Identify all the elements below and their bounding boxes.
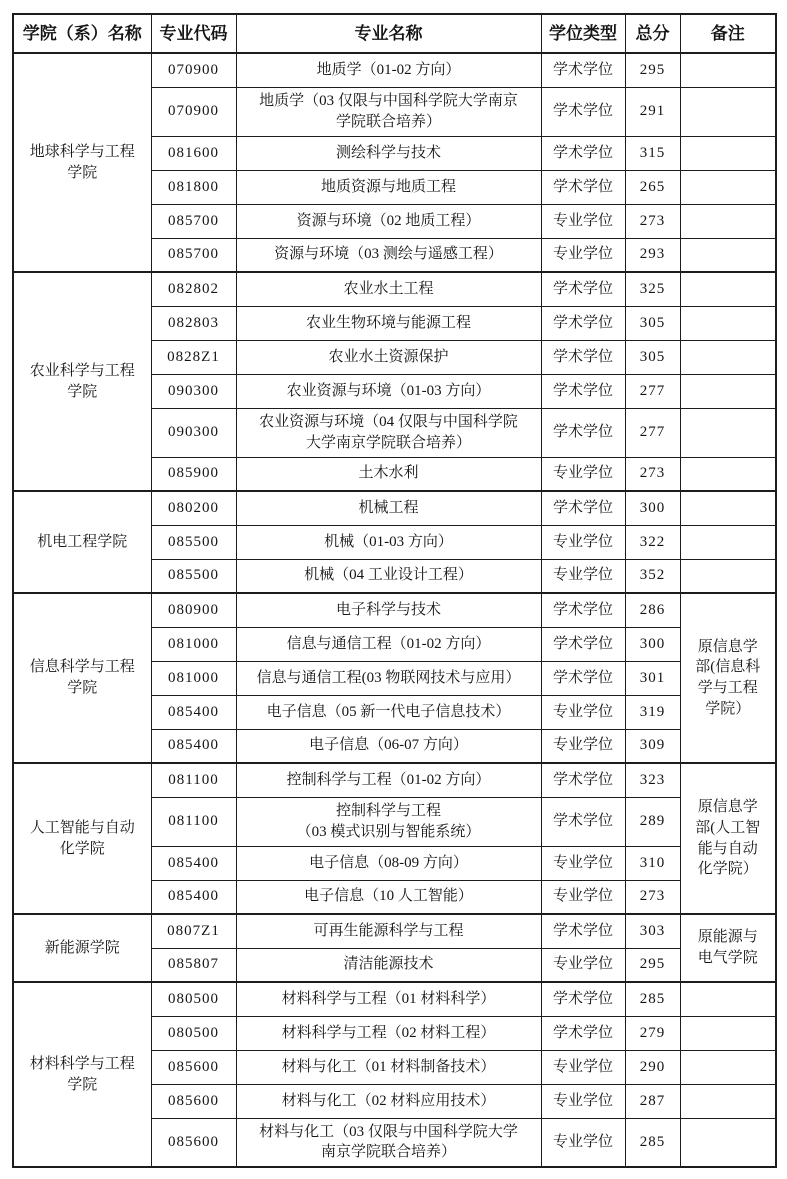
major-name-cell: 信息与通信工程(03 物联网技术与应用） [236, 661, 541, 695]
degree-type-cell: 专业学位 [541, 238, 625, 272]
remark-cell [680, 457, 776, 491]
major-name-cell: 材料科学与工程（02 材料工程） [236, 1016, 541, 1050]
total-score-cell: 295 [625, 948, 680, 982]
degree-type-cell: 学术学位 [541, 1016, 625, 1050]
degree-type-cell: 专业学位 [541, 880, 625, 914]
page: 学院（系）名称 专业代码 专业名称 学位类型 总分 备注 地球科学与工程 学院0… [0, 0, 787, 1179]
major-code-cell: 082802 [151, 272, 236, 306]
major-name-cell: 机械（01-03 方向） [236, 525, 541, 559]
degree-type-cell: 专业学位 [541, 695, 625, 729]
total-score-cell: 301 [625, 661, 680, 695]
major-name-cell: 机械工程 [236, 491, 541, 525]
major-code-cell: 070900 [151, 53, 236, 87]
major-code-cell: 085600 [151, 1050, 236, 1084]
degree-type-cell: 学术学位 [541, 53, 625, 87]
total-score-cell: 323 [625, 763, 680, 797]
degree-type-cell: 学术学位 [541, 272, 625, 306]
remark-cell [680, 1016, 776, 1050]
total-score-cell: 291 [625, 87, 680, 136]
total-score-cell: 309 [625, 729, 680, 763]
major-code-cell: 085700 [151, 204, 236, 238]
degree-type-cell: 学术学位 [541, 763, 625, 797]
major-name-cell: 电子信息（10 人工智能） [236, 880, 541, 914]
major-name-cell: 农业生物环境与能源工程 [236, 306, 541, 340]
degree-type-cell: 专业学位 [541, 1050, 625, 1084]
remark-cell [680, 374, 776, 408]
header-college-name: 学院（系）名称 [13, 14, 151, 53]
major-name-cell: 土木水利 [236, 457, 541, 491]
total-score-cell: 273 [625, 880, 680, 914]
degree-type-cell: 学术学位 [541, 982, 625, 1016]
header-degree-type: 学位类型 [541, 14, 625, 53]
table-body: 地球科学与工程 学院070900地质学（01-02 方向）学术学位2950709… [13, 53, 776, 1167]
table-row: 农业科学与工程 学院082802农业水土工程学术学位325 [13, 272, 776, 306]
table-row: 材料科学与工程 学院080500材料科学与工程（01 材料科学）学术学位285 [13, 982, 776, 1016]
remark-cell: 原信息学 部(人工智 能与自动 化学院） [680, 763, 776, 914]
remark-cell: 原信息学 部(信息科 学与工程 学院） [680, 593, 776, 763]
major-code-cell: 070900 [151, 87, 236, 136]
college-name-cell: 人工智能与自动 化学院 [13, 763, 151, 914]
total-score-cell: 310 [625, 846, 680, 880]
major-code-cell: 080500 [151, 982, 236, 1016]
remark-cell [680, 204, 776, 238]
major-code-cell: 090300 [151, 408, 236, 457]
remark-cell [680, 408, 776, 457]
major-name-cell: 地质学（03 仅限与中国科学院大学南京 学院联合培养） [236, 87, 541, 136]
header-row: 学院（系）名称 专业代码 专业名称 学位类型 总分 备注 [13, 14, 776, 53]
total-score-cell: 322 [625, 525, 680, 559]
degree-type-cell: 专业学位 [541, 559, 625, 593]
college-name-cell: 地球科学与工程 学院 [13, 53, 151, 272]
remark-cell [680, 982, 776, 1016]
major-code-cell: 085500 [151, 525, 236, 559]
major-code-cell: 081600 [151, 136, 236, 170]
major-name-cell: 资源与环境（02 地质工程） [236, 204, 541, 238]
major-code-cell: 080200 [151, 491, 236, 525]
total-score-cell: 300 [625, 491, 680, 525]
total-score-cell: 290 [625, 1050, 680, 1084]
table-row: 信息科学与工程 学院080900电子科学与技术学术学位286原信息学 部(信息科… [13, 593, 776, 627]
major-code-cell: 085900 [151, 457, 236, 491]
total-score-cell: 285 [625, 1118, 680, 1167]
total-score-cell: 277 [625, 374, 680, 408]
header-remark: 备注 [680, 14, 776, 53]
total-score-cell: 325 [625, 272, 680, 306]
remark-cell [680, 53, 776, 87]
degree-type-cell: 专业学位 [541, 948, 625, 982]
major-code-cell: 085807 [151, 948, 236, 982]
major-name-cell: 农业资源与环境（04 仅限与中国科学院 大学南京学院联合培养） [236, 408, 541, 457]
remark-cell [680, 525, 776, 559]
degree-type-cell: 学术学位 [541, 491, 625, 525]
total-score-cell: 352 [625, 559, 680, 593]
major-name-cell: 信息与通信工程（01-02 方向） [236, 627, 541, 661]
total-score-cell: 265 [625, 170, 680, 204]
major-code-cell: 0807Z1 [151, 914, 236, 948]
major-code-cell: 085400 [151, 729, 236, 763]
remark-cell [680, 1050, 776, 1084]
major-name-cell: 资源与环境（03 测绘与遥感工程） [236, 238, 541, 272]
remark-cell [680, 238, 776, 272]
degree-type-cell: 学术学位 [541, 914, 625, 948]
degree-type-cell: 专业学位 [541, 204, 625, 238]
total-score-cell: 305 [625, 340, 680, 374]
major-code-cell: 0828Z1 [151, 340, 236, 374]
college-name-cell: 机电工程学院 [13, 491, 151, 593]
remark-cell [680, 272, 776, 306]
major-name-cell: 控制科学与工程（01-02 方向） [236, 763, 541, 797]
major-name-cell: 电子信息（05 新一代电子信息技术） [236, 695, 541, 729]
major-name-cell: 材料与化工（03 仅限与中国科学院大学 南京学院联合培养） [236, 1118, 541, 1167]
college-name-cell: 材料科学与工程 学院 [13, 982, 151, 1167]
major-name-cell: 可再生能源科学与工程 [236, 914, 541, 948]
major-code-cell: 085600 [151, 1084, 236, 1118]
major-name-cell: 清洁能源技术 [236, 948, 541, 982]
total-score-cell: 286 [625, 593, 680, 627]
degree-type-cell: 学术学位 [541, 797, 625, 846]
major-code-cell: 085400 [151, 695, 236, 729]
major-name-cell: 电子信息（06-07 方向） [236, 729, 541, 763]
degree-type-cell: 学术学位 [541, 374, 625, 408]
total-score-cell: 273 [625, 457, 680, 491]
major-name-cell: 材料科学与工程（01 材料科学） [236, 982, 541, 1016]
major-code-cell: 081800 [151, 170, 236, 204]
major-code-cell: 085500 [151, 559, 236, 593]
remark-cell [680, 306, 776, 340]
total-score-cell: 277 [625, 408, 680, 457]
total-score-cell: 315 [625, 136, 680, 170]
remark-cell [680, 170, 776, 204]
major-code-cell: 085600 [151, 1118, 236, 1167]
degree-type-cell: 学术学位 [541, 87, 625, 136]
major-name-cell: 农业资源与环境（01-03 方向） [236, 374, 541, 408]
degree-type-cell: 专业学位 [541, 525, 625, 559]
header-major-name: 专业名称 [236, 14, 541, 53]
degree-type-cell: 学术学位 [541, 627, 625, 661]
table-row: 机电工程学院080200机械工程学术学位300 [13, 491, 776, 525]
degree-type-cell: 学术学位 [541, 136, 625, 170]
remark-cell: 原能源与 电气学院 [680, 914, 776, 982]
degree-type-cell: 学术学位 [541, 306, 625, 340]
degree-type-cell: 专业学位 [541, 457, 625, 491]
header-total-score: 总分 [625, 14, 680, 53]
major-name-cell: 材料与化工（02 材料应用技术） [236, 1084, 541, 1118]
major-name-cell: 地质资源与地质工程 [236, 170, 541, 204]
header-major-code: 专业代码 [151, 14, 236, 53]
degree-type-cell: 学术学位 [541, 170, 625, 204]
remark-cell [680, 1084, 776, 1118]
college-name-cell: 信息科学与工程 学院 [13, 593, 151, 763]
major-code-cell: 080900 [151, 593, 236, 627]
degree-type-cell: 专业学位 [541, 846, 625, 880]
total-score-cell: 273 [625, 204, 680, 238]
major-code-cell: 081000 [151, 661, 236, 695]
major-name-cell: 材料与化工（01 材料制备技术） [236, 1050, 541, 1084]
remark-cell [680, 559, 776, 593]
admission-score-table: 学院（系）名称 专业代码 专业名称 学位类型 总分 备注 地球科学与工程 学院0… [12, 13, 777, 1168]
degree-type-cell: 学术学位 [541, 593, 625, 627]
remark-cell [680, 340, 776, 374]
total-score-cell: 319 [625, 695, 680, 729]
total-score-cell: 279 [625, 1016, 680, 1050]
college-name-cell: 新能源学院 [13, 914, 151, 982]
remark-cell [680, 1118, 776, 1167]
major-name-cell: 机械（04 工业设计工程） [236, 559, 541, 593]
major-code-cell: 085700 [151, 238, 236, 272]
total-score-cell: 295 [625, 53, 680, 87]
major-name-cell: 测绘科学与技术 [236, 136, 541, 170]
degree-type-cell: 专业学位 [541, 1084, 625, 1118]
major-name-cell: 控制科学与工程 （03 模式识别与智能系统） [236, 797, 541, 846]
major-code-cell: 080500 [151, 1016, 236, 1050]
remark-cell [680, 87, 776, 136]
major-name-cell: 电子信息（08-09 方向） [236, 846, 541, 880]
major-name-cell: 地质学（01-02 方向） [236, 53, 541, 87]
degree-type-cell: 学术学位 [541, 661, 625, 695]
remark-cell [680, 491, 776, 525]
major-name-cell: 农业水土工程 [236, 272, 541, 306]
total-score-cell: 287 [625, 1084, 680, 1118]
major-code-cell: 081100 [151, 763, 236, 797]
degree-type-cell: 学术学位 [541, 408, 625, 457]
degree-type-cell: 学术学位 [541, 340, 625, 374]
major-code-cell: 081000 [151, 627, 236, 661]
degree-type-cell: 专业学位 [541, 729, 625, 763]
major-name-cell: 农业水土资源保护 [236, 340, 541, 374]
total-score-cell: 293 [625, 238, 680, 272]
major-code-cell: 090300 [151, 374, 236, 408]
table-row: 人工智能与自动 化学院081100控制科学与工程（01-02 方向）学术学位32… [13, 763, 776, 797]
major-code-cell: 085400 [151, 846, 236, 880]
remark-cell [680, 136, 776, 170]
major-code-cell: 081100 [151, 797, 236, 846]
total-score-cell: 303 [625, 914, 680, 948]
total-score-cell: 305 [625, 306, 680, 340]
major-code-cell: 085400 [151, 880, 236, 914]
degree-type-cell: 专业学位 [541, 1118, 625, 1167]
total-score-cell: 300 [625, 627, 680, 661]
college-name-cell: 农业科学与工程 学院 [13, 272, 151, 491]
major-code-cell: 082803 [151, 306, 236, 340]
major-name-cell: 电子科学与技术 [236, 593, 541, 627]
total-score-cell: 285 [625, 982, 680, 1016]
table-row: 地球科学与工程 学院070900地质学（01-02 方向）学术学位295 [13, 53, 776, 87]
table-row: 新能源学院0807Z1可再生能源科学与工程学术学位303原能源与 电气学院 [13, 914, 776, 948]
total-score-cell: 289 [625, 797, 680, 846]
